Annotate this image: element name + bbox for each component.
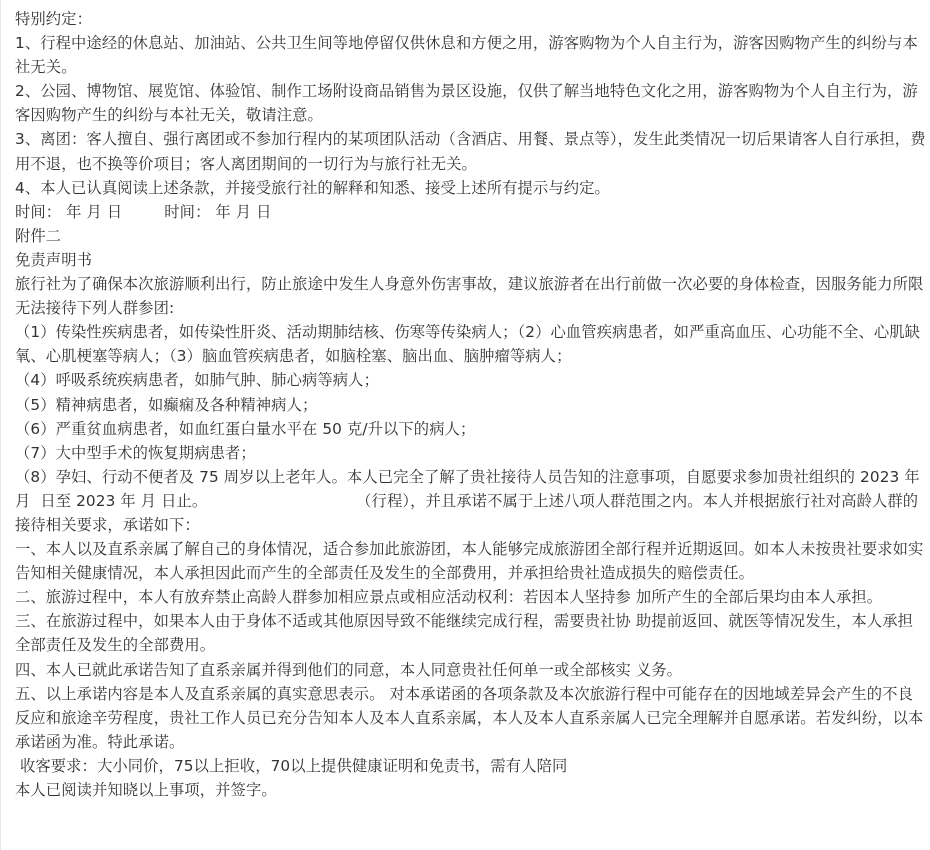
excluded-group-1-3: （1）传染性疾病患者，如传染性肝炎、活动期肺结核、伤寒等传染病人；（2）心血管疾…: [15, 320, 926, 368]
commitment-5: 五、以上承诺内容是本人及直系亲属的真实意思表示。 对本承诺函的各项条款及本次旅游…: [15, 682, 926, 754]
excluded-group-7: （7）大中型手术的恢复期病患者；: [15, 441, 926, 465]
date-line: 时间： 年 月 日时间： 年 月 日: [15, 200, 926, 224]
commitment-2: 二、旅游过程中，本人有放弃禁止高龄人群参加相应景点或相应活动权利：若因本人坚持参…: [15, 585, 926, 609]
disclaimer-title: 免责声明书: [15, 248, 926, 272]
excluded-group-4: （4）呼吸系统疾病患者，如肺气肿、肺心病等病人；: [15, 368, 926, 392]
commitment-4: 四、本人已就此承诺告知了直系亲属并得到他们的同意，本人同意贵社任何单一或全部核实…: [15, 658, 926, 682]
excluded-group-6: （6）严重贫血病患者，如血红蛋白量水平在 50 克/升以下的病人；: [15, 417, 926, 441]
guest-requirements: 收客要求：大小同价，75以上拒收，70以上提供健康证明和免责书，需有人陪同: [15, 754, 926, 778]
special-terms-heading: 特别约定：: [15, 7, 926, 31]
excluded-group-8: （8）孕妇、行动不便者及 75 周岁以上老年人。本人已完全了解了贵社接待人员告知…: [15, 465, 926, 537]
document-body: 特别约定： 1、行程中途经的休息站、加油站、公共卫生间等地停留仅供休息和方便之用…: [0, 0, 930, 850]
attachment-label: 附件二: [15, 224, 926, 248]
special-term-1: 1、行程中途经的休息站、加油站、公共卫生间等地停留仅供休息和方便之用，游客购物为…: [15, 31, 926, 79]
special-term-4: 4、本人已认真阅读上述条款，并接受旅行社的解释和知悉、接受上述所有提示与约定。: [15, 176, 926, 200]
date-label-1: 时间： 年 月 日: [15, 203, 122, 221]
special-term-3: 3、离团：客人擅自、强行离团或不参加行程内的某项团队活动（含酒店、用餐、景点等）…: [15, 127, 926, 175]
special-term-2: 2、公园、博物馆、展览馆、体验馆、制作工场附设商品销售为景区设施，仅供了解当地特…: [15, 79, 926, 127]
disclaimer-intro: 旅行社为了确保本次旅游顺利出行，防止旅途中发生人身意外伤害事故，建议旅游者在出行…: [15, 272, 926, 320]
date-label-2: 时间： 年 月 日: [164, 203, 271, 221]
commitment-1: 一、本人以及直系亲属了解自己的身体情况，适合参加此旅游团，本人能够完成旅游团全部…: [15, 537, 926, 585]
acknowledgement: 本人已阅读并知晓以上事项，并签字。: [15, 778, 926, 802]
commitment-3: 三、在旅游过程中，如果本人由于身体不适或其他原因导致不能继续完成行程，需要贵社协…: [15, 609, 926, 657]
excluded-group-5: （5）精神病患者，如癫痫及各种精神病人；: [15, 393, 926, 417]
